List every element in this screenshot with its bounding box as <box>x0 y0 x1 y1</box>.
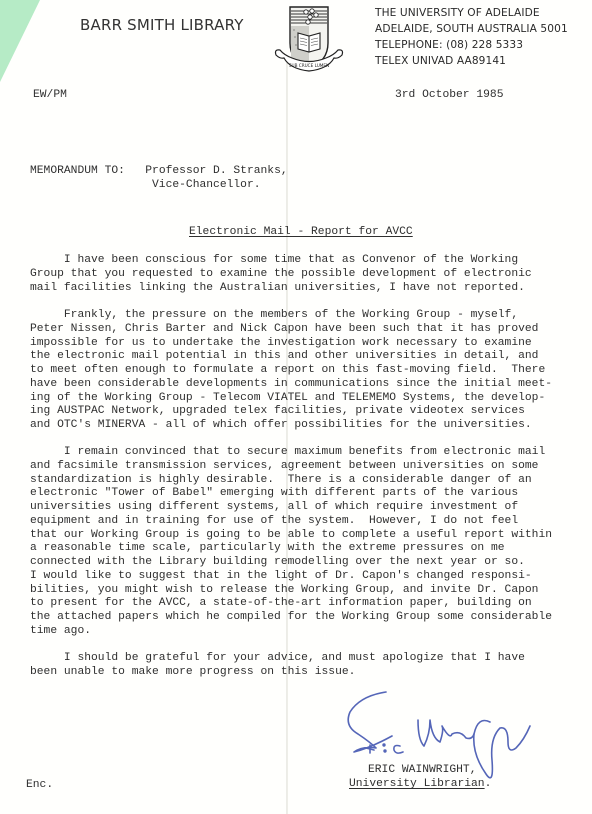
text-line: the attached papers which he compiled fo… <box>30 611 552 625</box>
text-line: ing of the Working Group - Telecom VIATE… <box>30 392 552 406</box>
recipient-name: Professor D. Stranks, <box>145 165 287 177</box>
reference-initials: EW/PM <box>33 89 67 103</box>
paragraph-1: I have been conscious for some time that… <box>30 254 532 295</box>
paragraph-2: Frankly, the pressure on the members of … <box>30 309 552 433</box>
text-line: to present for the AVCC, a state-of-the-… <box>30 597 552 611</box>
telex-line: TELEX UNIVAD AA89141 <box>375 53 568 69</box>
memo-label: MEMORANDUM TO: <box>30 165 125 177</box>
signatory-title-text: University Librarian <box>349 778 485 790</box>
text-line: that our Working Group is going to be ab… <box>30 529 552 543</box>
text-line: universities using different systems, al… <box>30 501 552 515</box>
text-line: a reasonable time scale, particularly wi… <box>30 542 552 556</box>
memo-header: MEMORANDUM TO: Professor D. Stranks, Vic… <box>30 165 288 193</box>
text-line: I remain convinced that to secure maximu… <box>30 446 552 460</box>
text-line: Peter Nissen, Chris Barter and Nick Capo… <box>30 323 552 337</box>
text-line: ing AUSTPAC Network, upgraded telex faci… <box>30 405 552 419</box>
text-line: been unable to make more progress on thi… <box>30 666 525 680</box>
letter-page: BARR SMITH LIBRARY SUB CRUCE LUMEN THE U… <box>0 0 592 814</box>
text-line: electronic "Tower of Babel" emerging wit… <box>30 487 552 501</box>
paragraph-3: I remain convinced that to secure maximu… <box>30 446 552 639</box>
letter-date: 3rd October 1985 <box>395 89 503 103</box>
enclosure-note: Enc. <box>26 779 53 793</box>
text-line: and facsimile transmission services, agr… <box>30 460 552 474</box>
library-name: BARR SMITH LIBRARY <box>80 16 244 34</box>
recipient-title: Vice-Chancellor. <box>152 179 260 191</box>
text-line: time ago. <box>30 625 552 639</box>
subject-heading: Electronic Mail - Report for AVCC <box>189 226 413 240</box>
text-line: impossible for us to undertake the inves… <box>30 337 552 351</box>
text-line: the electronic mail potential in this an… <box>30 350 552 364</box>
text-line: I should be grateful for your advice, an… <box>30 652 525 666</box>
university-address: THE UNIVERSITY OF ADELAIDE ADELAIDE, SOU… <box>375 5 568 69</box>
text-line: have been considerable developments in c… <box>30 378 552 392</box>
text-line: connected with the Library building remo… <box>30 556 552 570</box>
text-line: mail facilities linking the Australian u… <box>30 282 532 296</box>
text-line: and OTC's MINERVA - all of which offer p… <box>30 419 552 433</box>
text-line: to meet often enough to formulate a repo… <box>30 364 552 378</box>
text-line: Frankly, the pressure on the members of … <box>30 309 552 323</box>
university-crest-icon: SUB CRUCE LUMEN <box>268 3 350 81</box>
signatory-title: University Librarian. <box>349 778 491 792</box>
telephone-line: TELEPHONE: (08) 228 5333 <box>375 37 568 53</box>
signatory-name: ERIC WAINWRIGHT, <box>368 764 476 778</box>
address-line: THE UNIVERSITY OF ADELAIDE <box>375 5 568 21</box>
svg-text:SUB CRUCE LUMEN: SUB CRUCE LUMEN <box>289 63 329 68</box>
green-corner-mark <box>0 0 40 82</box>
paragraph-4: I should be grateful for your advice, an… <box>30 652 525 680</box>
text-line: I have been conscious for some time that… <box>30 254 532 268</box>
text-line: Group that you requested to examine the … <box>30 268 532 282</box>
text-line: I would like to suggest that in the ligh… <box>30 570 552 584</box>
text-line: bilities, you might wish to release the … <box>30 584 552 598</box>
text-line: equipment and in training for use of the… <box>30 515 552 529</box>
text-line: standardization is highly desirable. The… <box>30 474 552 488</box>
address-line: ADELAIDE, SOUTH AUSTRALIA 5001 <box>375 21 568 37</box>
